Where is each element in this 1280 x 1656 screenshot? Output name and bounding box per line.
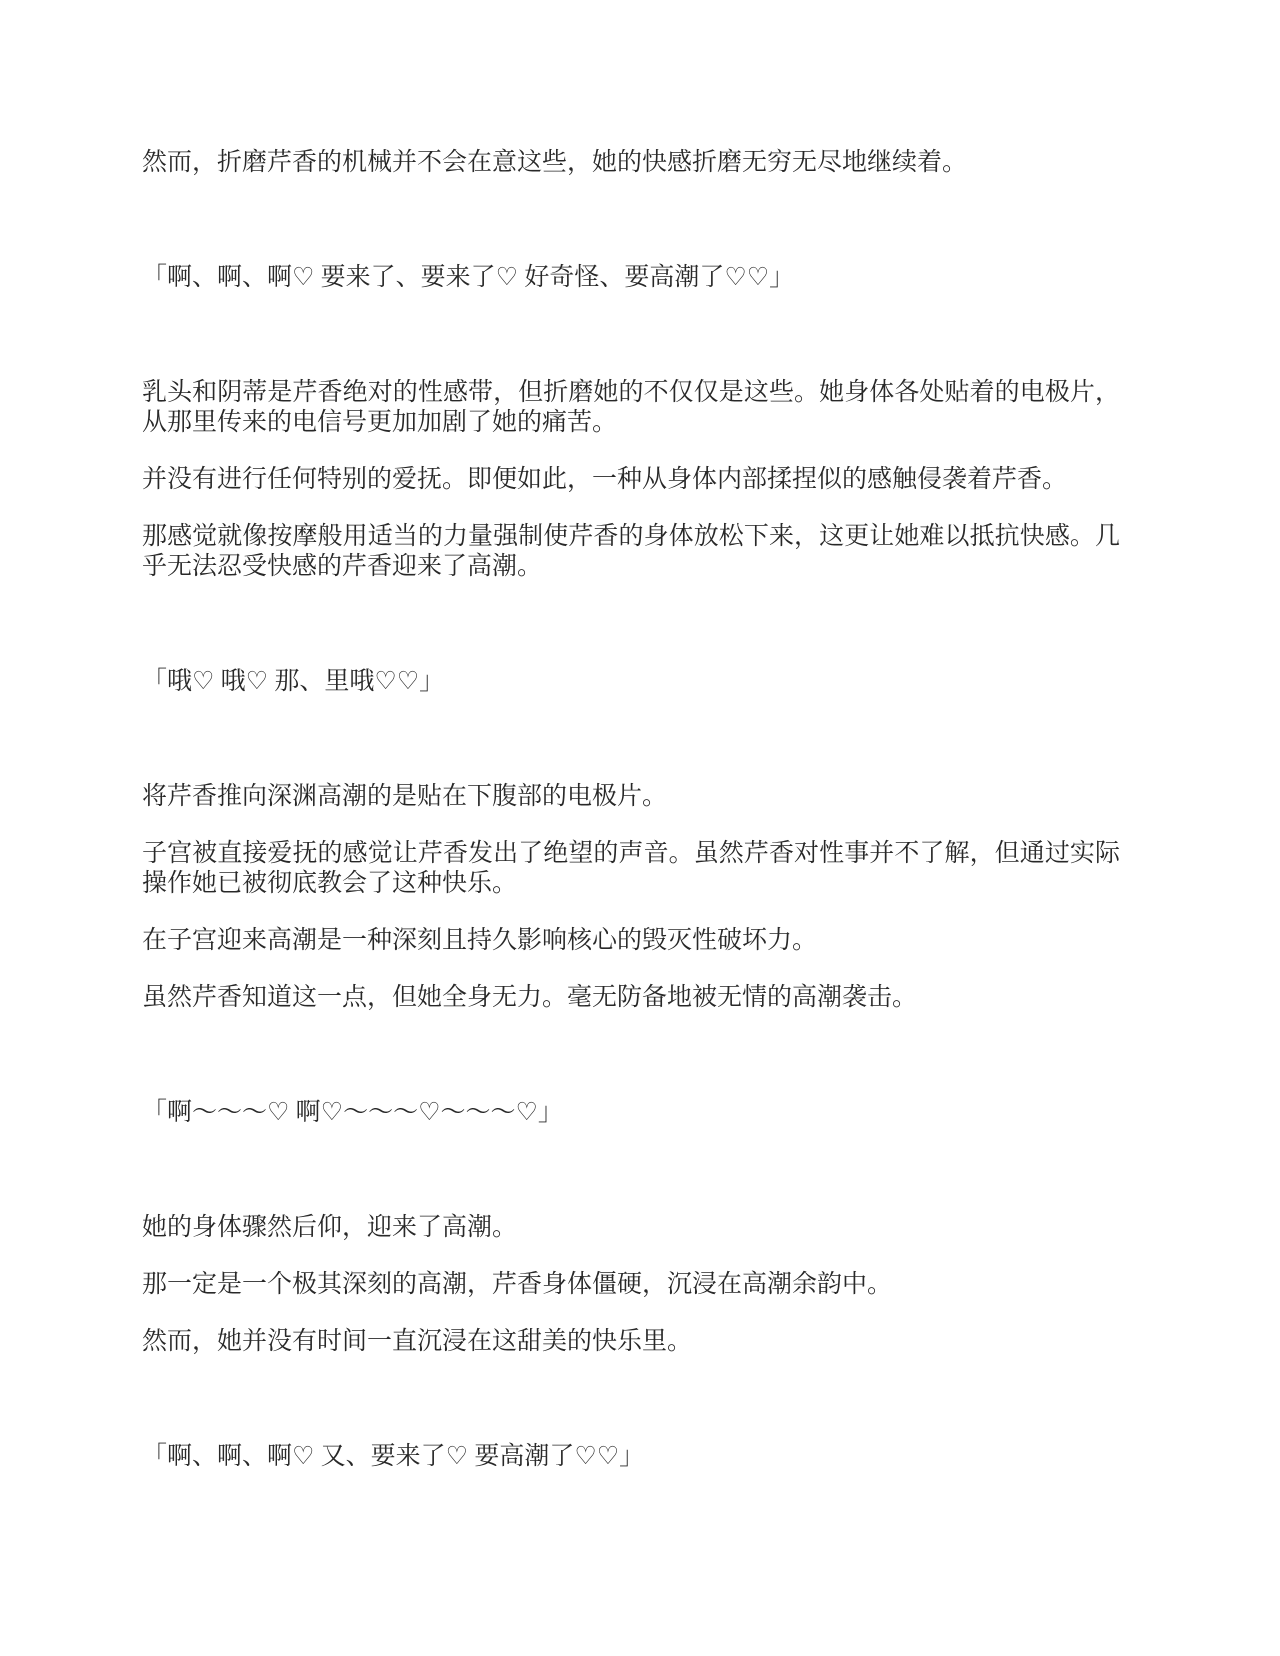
dialogue-line: 「啊～～～♡ 啊♡～～～♡～～～♡」: [142, 1098, 1120, 1128]
paragraph: 乳头和阴蒂是芹香绝对的性感带，但折磨她的不仅仅是这些。她身体各处贴着的电极片，从…: [142, 378, 1120, 438]
dialogue-line: 「啊、啊、啊♡ 要来了、要来了♡ 好奇怪、要高潮了♡♡」: [142, 263, 1120, 293]
paragraph: 然而，她并没有时间一直沉浸在这甜美的快乐里。: [142, 1327, 1120, 1357]
paragraph: 在子宫迎来高潮是一种深刻且持久影响核心的毁灭性破坏力。: [142, 926, 1120, 956]
paragraph: 然而，折磨芹香的机械并不会在意这些，她的快感折磨无穷无尽地继续着。: [142, 148, 1120, 178]
dialogue-line: 「啊、啊、啊♡ 又、要来了♡ 要高潮了♡♡」: [142, 1442, 1120, 1472]
document-page: 然而，折磨芹香的机械并不会在意这些，她的快感折磨无穷无尽地继续着。 「啊、啊、啊…: [0, 0, 1280, 1656]
paragraph: 将芹香推向深渊高潮的是贴在下腹部的电极片。: [142, 782, 1120, 812]
paragraph: 并没有进行任何特别的爱抚。即便如此，一种从身体内部揉捏似的感触侵袭着芹香。: [142, 465, 1120, 495]
paragraph: 那感觉就像按摩般用适当的力量强制使芹香的身体放松下来，这更让她难以抵抗快感。几乎…: [142, 522, 1120, 582]
paragraph: 子宫被直接爱抚的感觉让芹香发出了绝望的声音。虽然芹香对性事并不了解，但通过实际操…: [142, 839, 1120, 899]
paragraph: 那一定是一个极其深刻的高潮，芹香身体僵硬，沉浸在高潮余韵中。: [142, 1270, 1120, 1300]
paragraph: 她的身体骤然后仰，迎来了高潮。: [142, 1213, 1120, 1243]
dialogue-line: 「哦♡ 哦♡ 那、里哦♡♡」: [142, 667, 1120, 697]
paragraph: 虽然芹香知道这一点，但她全身无力。毫无防备地被无情的高潮袭击。: [142, 983, 1120, 1013]
